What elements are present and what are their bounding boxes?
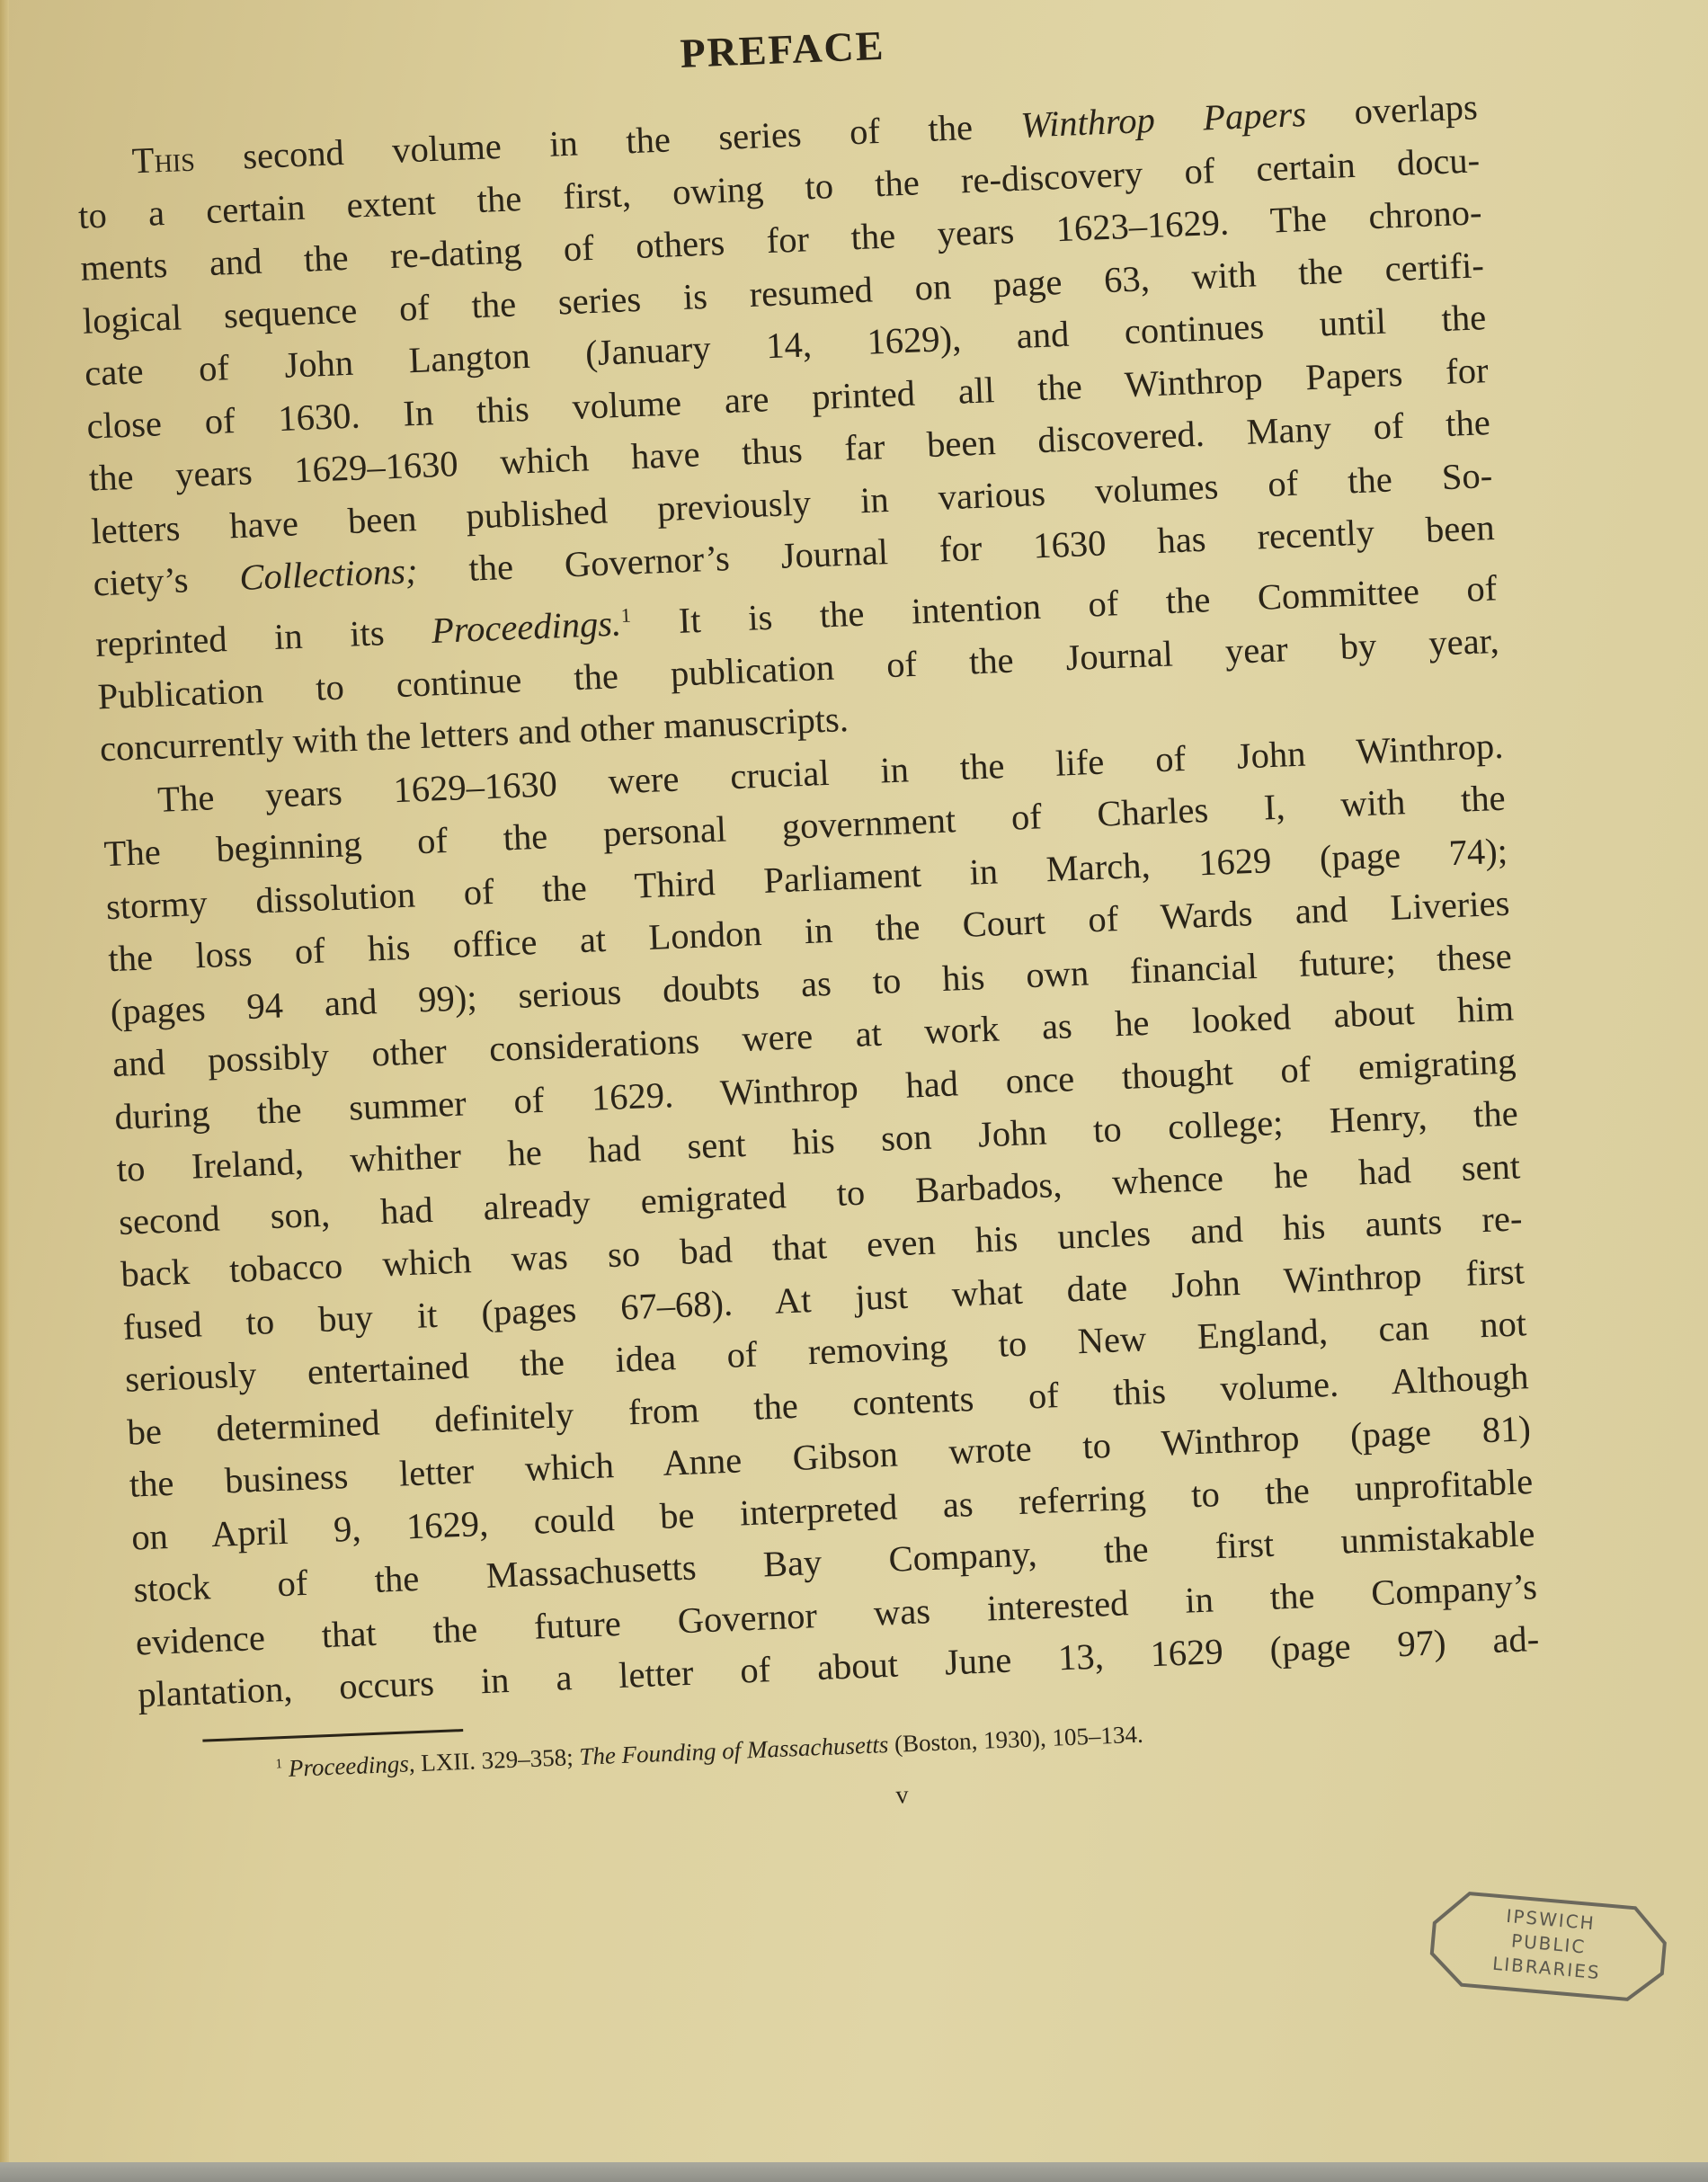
text-block: PREFACE This second volume in the series… [72,0,1545,1840]
italic-title: Proceedings. [431,602,622,650]
page-title: PREFACE [72,0,1475,102]
footnote-number: 1 [275,1757,282,1771]
paragraph-1: This second volume in the series of the … [76,81,1502,776]
scanner-background [0,2162,1708,2182]
footnote-divider [202,1729,463,1742]
italic-title: Winthrop Papers [1020,94,1307,146]
library-stamp: IPSWICH PUBLIC LIBRARIES [1426,1887,1672,2007]
italic-title: Collections; [239,550,419,598]
paragraph-2: The years 1629–1630 were crucial in the … [101,719,1540,1722]
book-page: PREFACE This second volume in the series… [0,0,1708,2162]
page-edge [0,0,9,2162]
